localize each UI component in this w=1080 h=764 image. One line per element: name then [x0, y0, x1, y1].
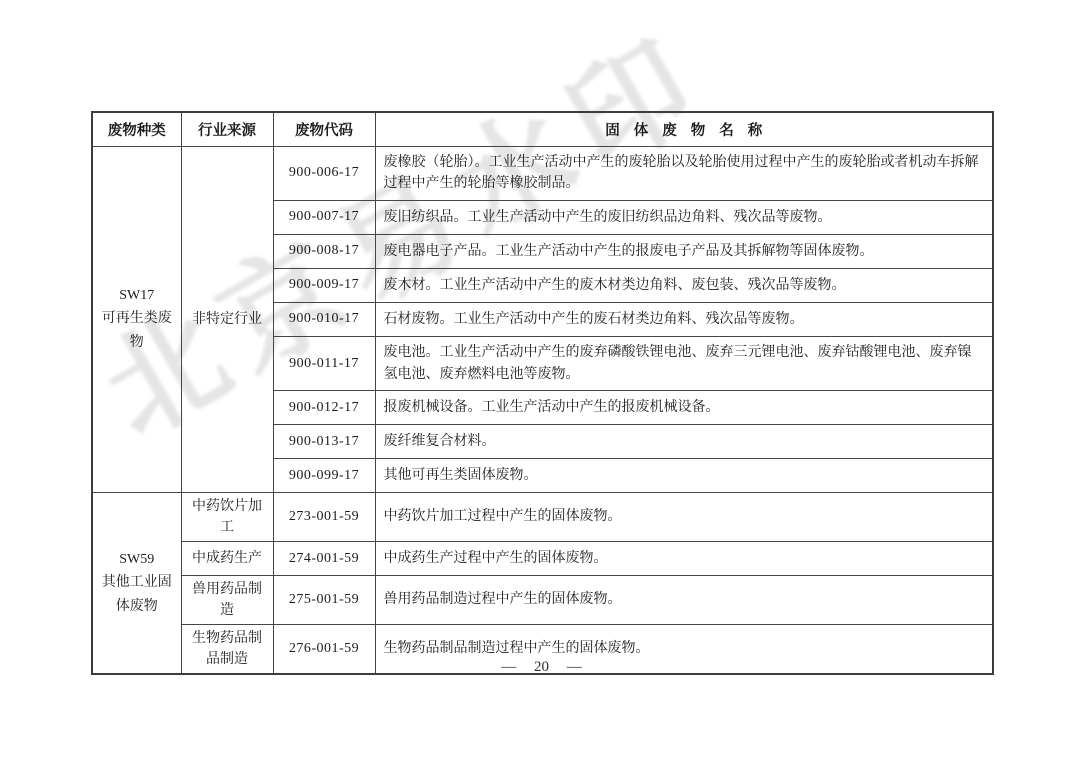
waste-code-cell: 900-006-17 [273, 146, 375, 200]
industry-source-cell: 中成药生产 [181, 542, 273, 576]
waste-name-cell: 废橡胶（轮胎）。工业生产活动中产生的废轮胎以及轮胎使用过程中产生的废轮胎或者机动… [375, 146, 993, 200]
waste-code-cell: 900-009-17 [273, 268, 375, 302]
table-row: 中成药生产274-001-59中成药生产过程中产生的固体废物。 [92, 542, 993, 576]
waste-category-label: 可再生类废物 [97, 307, 177, 355]
waste-category-code: SW59 [97, 548, 177, 572]
waste-code-cell: 900-007-17 [273, 200, 375, 234]
waste-name-cell: 中药饮片加工过程中产生的固体废物。 [375, 493, 993, 542]
waste-code-cell: 275-001-59 [273, 576, 375, 625]
waste-name-cell: 其他可再生类固体废物。 [375, 459, 993, 493]
document-page: 北京易水印 废物种类 行业来源 废物代码 固体废物名称 SW17可再生类废物非特… [0, 0, 1080, 764]
waste-category-cell: SW17可再生类废物 [92, 146, 181, 493]
header-waste-code: 废物代码 [273, 112, 375, 146]
waste-classification-table: 废物种类 行业来源 废物代码 固体废物名称 SW17可再生类废物非特定行业900… [91, 111, 994, 675]
waste-name-cell: 报废机械设备。工业生产活动中产生的报废机械设备。 [375, 391, 993, 425]
waste-code-cell: 900-011-17 [273, 336, 375, 390]
waste-name-cell: 废电池。工业生产活动中产生的废弃磷酸铁锂电池、废弃三元锂电池、废弃钴酸锂电池、废… [375, 336, 993, 390]
industry-source-cell: 中药饮片加工 [181, 493, 273, 542]
header-solid-waste-name: 固体废物名称 [375, 112, 993, 146]
waste-category-label: 其他工业固体废物 [97, 571, 177, 619]
waste-name-cell: 中成药生产过程中产生的固体废物。 [375, 542, 993, 576]
waste-code-cell: 900-012-17 [273, 391, 375, 425]
waste-code-cell: 274-001-59 [273, 542, 375, 576]
waste-name-cell: 石材废物。工业生产活动中产生的废石材类边角料、残次品等废物。 [375, 302, 993, 336]
waste-code-cell: 900-010-17 [273, 302, 375, 336]
waste-code-cell: 900-013-17 [273, 425, 375, 459]
waste-code-cell: 900-008-17 [273, 234, 375, 268]
waste-code-cell: 900-099-17 [273, 459, 375, 493]
header-row: 废物种类 行业来源 废物代码 固体废物名称 [92, 112, 993, 146]
table-row: SW17可再生类废物非特定行业900-006-17废橡胶（轮胎）。工业生产活动中… [92, 146, 993, 200]
waste-name-cell: 兽用药品制造过程中产生的固体废物。 [375, 576, 993, 625]
waste-name-cell: 废旧纺织品。工业生产活动中产生的废旧纺织品边角料、残次品等废物。 [375, 200, 993, 234]
header-industry-source: 行业来源 [181, 112, 273, 146]
waste-category-code: SW17 [97, 284, 177, 308]
waste-code-cell: 273-001-59 [273, 493, 375, 542]
waste-name-cell: 废电器电子产品。工业生产活动中产生的报废电子产品及其拆解物等固体废物。 [375, 234, 993, 268]
page-number: — 20 — [91, 659, 992, 676]
industry-source-cell: 非特定行业 [181, 146, 273, 493]
table-row: 兽用药品制造275-001-59兽用药品制造过程中产生的固体废物。 [92, 576, 993, 625]
industry-source-cell: 兽用药品制造 [181, 576, 273, 625]
table-row: SW59其他工业固体废物中药饮片加工273-001-59中药饮片加工过程中产生的… [92, 493, 993, 542]
waste-name-cell: 废纤维复合材料。 [375, 425, 993, 459]
waste-name-cell: 废木材。工业生产活动中产生的废木材类边角料、废包装、残次品等废物。 [375, 268, 993, 302]
header-waste-category: 废物种类 [92, 112, 181, 146]
waste-category-cell: SW59其他工业固体废物 [92, 493, 181, 675]
